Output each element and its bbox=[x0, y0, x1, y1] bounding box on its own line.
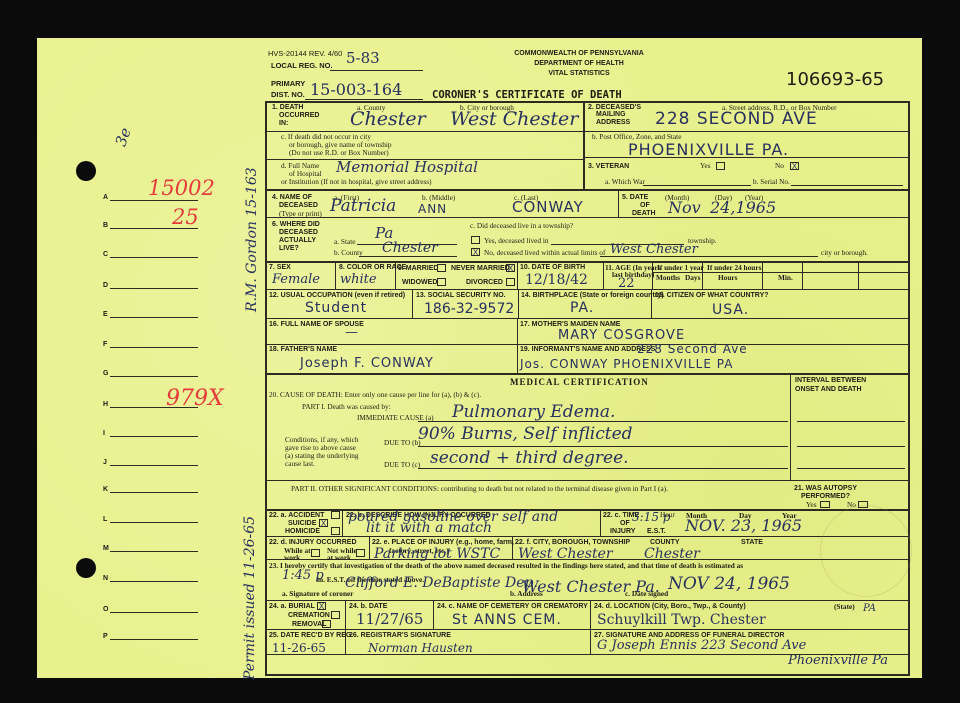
while-at-work-checkbox[interactable] bbox=[311, 549, 320, 557]
f5-label: 5. DATE bbox=[622, 194, 648, 202]
under-24-label: If under 24 hours bbox=[707, 264, 761, 272]
township-question-label: c. Did deceased live in a township? bbox=[470, 222, 573, 230]
funeral-director-line2: Phoenixville Pa bbox=[788, 653, 888, 668]
widowed-label: WIDOWED bbox=[402, 279, 437, 287]
margin-letter: L bbox=[103, 516, 107, 523]
death-county-value: Chester bbox=[350, 108, 426, 130]
f4-label: 4. NAME OF bbox=[272, 194, 312, 202]
time-of-injury-label: INJURY bbox=[610, 528, 635, 536]
f2-label: ADDRESS bbox=[596, 119, 630, 127]
race-label: 8. COLOR OR RACE bbox=[339, 264, 406, 272]
citizen-label: 15. CITIZEN OF WHAT COUNTRY? bbox=[655, 292, 769, 300]
township-no-checkbox[interactable]: X bbox=[471, 248, 480, 256]
min-label: Min. bbox=[778, 274, 793, 282]
suicide-label: SUICIDE bbox=[288, 520, 316, 528]
part2-label: PART II. OTHER SIGNIFICANT CONDITIONS: c… bbox=[291, 485, 668, 493]
f6-label: DECEASED bbox=[279, 229, 318, 237]
burial-label: 24. a. BURIAL bbox=[269, 603, 315, 611]
suicide-checkbox[interactable]: X bbox=[319, 519, 328, 527]
medical-certification-heading: MEDICAL CERTIFICATION bbox=[510, 377, 649, 387]
days-label: Days bbox=[685, 274, 700, 282]
informant-label: 19. INFORMANT'S NAME AND ADDRESS bbox=[520, 346, 655, 354]
dob-value: 12/18/42 bbox=[525, 272, 588, 288]
burial-checkbox[interactable]: X bbox=[317, 602, 326, 610]
registrar-signature-label: 26. REGISTRAR'S SIGNATURE bbox=[349, 632, 451, 640]
time-of-injury-label: OF bbox=[620, 520, 630, 528]
margin-letter: B bbox=[103, 222, 108, 229]
accident-checkbox[interactable] bbox=[331, 511, 340, 519]
cemetery-label: 24. c. NAME OF CEMETERY OR CREMATORY bbox=[437, 603, 588, 611]
coroner-signature-label: a. Signature of coroner bbox=[282, 590, 353, 598]
removal-checkbox[interactable] bbox=[322, 620, 331, 628]
divorced-checkbox[interactable] bbox=[506, 278, 515, 286]
margin-vertical-note-gordon: R.M. Gordon 15-163 bbox=[244, 167, 260, 312]
punch-hole-top bbox=[76, 161, 96, 181]
injury-state-label: STATE bbox=[741, 539, 763, 547]
certificate-number: 106693-65 bbox=[786, 69, 884, 90]
f1-label: IN: bbox=[279, 120, 288, 128]
widowed-checkbox[interactable] bbox=[437, 278, 446, 286]
middle-name-label: b. (Middle) bbox=[422, 194, 455, 202]
f6-label: ACTUALLY bbox=[279, 237, 316, 245]
dist-no-value: 15-003-164 bbox=[310, 80, 402, 99]
due-to-b-value: 90% Burns, Self inflicted bbox=[418, 424, 633, 444]
first-name-value: Patricia bbox=[330, 196, 396, 216]
f5-label: OF bbox=[640, 202, 650, 210]
coroner-certification-text: 23. I hereby certify that investigation … bbox=[269, 562, 743, 570]
coroner-signature-value: Clifford E. DeBaptiste Dep. bbox=[345, 575, 538, 591]
veteran-no-label: No bbox=[775, 162, 784, 170]
residence-state-label: a. State bbox=[334, 238, 355, 246]
homicide-checkbox[interactable] bbox=[331, 527, 340, 535]
conditions-label: cause last. bbox=[285, 460, 315, 468]
burial-state-value: PA bbox=[863, 603, 876, 614]
margin-letter: O bbox=[103, 606, 108, 613]
part1-label: PART I. Death was caused by: bbox=[302, 403, 391, 411]
immediate-cause-value: Pulmonary Edema. bbox=[452, 402, 615, 422]
hours-label: Hours bbox=[718, 274, 737, 282]
married-checkbox[interactable] bbox=[437, 264, 446, 272]
primary-label: PRIMARY bbox=[271, 80, 305, 88]
cremation-label: CREMATION bbox=[288, 612, 330, 620]
not-at-work-checkbox[interactable] bbox=[356, 549, 365, 557]
margin-letter: I bbox=[103, 430, 105, 437]
local-reg-value: 5-83 bbox=[346, 49, 380, 67]
margin-letter: F bbox=[103, 341, 107, 348]
informant-address-line2: Jos. CONWAY PHOENIXVILLE PA bbox=[520, 357, 733, 371]
married-label: 9. MARRIED bbox=[398, 265, 438, 273]
date-received-value: 11-26-65 bbox=[272, 641, 326, 655]
autopsy-yes-label: Yes bbox=[806, 501, 817, 509]
agency-line-3: VITAL STATISTICS bbox=[506, 70, 652, 78]
certificate-title: CORONER'S CERTIFICATE OF DEATH bbox=[432, 89, 622, 101]
citizen-value: USA. bbox=[712, 302, 749, 318]
burial-state-label: (State) bbox=[834, 603, 855, 611]
veteran-yes-label: Yes bbox=[700, 162, 711, 170]
margin-letter: E bbox=[103, 311, 108, 318]
registrar-signature-value: Norman Hausten bbox=[368, 641, 473, 655]
death-month-value: Nov bbox=[668, 198, 701, 217]
veteran-yes-checkbox[interactable] bbox=[716, 162, 725, 170]
death-city-value: West Chester bbox=[450, 108, 578, 130]
accident-label: 22. a. ACCIDENT bbox=[269, 512, 324, 520]
injury-date-value: NOV. 23, 1965 bbox=[685, 516, 802, 535]
father-value: Joseph F. CONWAY bbox=[300, 356, 434, 371]
cemetery-value: St ANNS CEM. bbox=[452, 612, 562, 628]
margin-letter: P bbox=[103, 633, 108, 640]
margin-letter: M bbox=[103, 545, 109, 552]
burial-date-value: 11/27/65 bbox=[356, 610, 423, 628]
margin-vertical-note-permit: Permit issued 11-26-65 bbox=[242, 516, 258, 680]
veteran-no-checkbox[interactable]: X bbox=[790, 162, 799, 170]
dist-no-label: DIST. NO. bbox=[271, 91, 305, 99]
sex-label: 7. SEX bbox=[269, 264, 291, 272]
months-label: Months bbox=[656, 274, 680, 282]
agency-line-2: DEPARTMENT OF HEALTH bbox=[506, 60, 652, 68]
margin-red-code-1: 15002 bbox=[148, 176, 215, 200]
margin-letter: J bbox=[103, 459, 107, 466]
never-married-checkbox[interactable]: X bbox=[506, 264, 515, 272]
date-signed-label: c. Date signed bbox=[625, 590, 668, 598]
informant-address-line1: 228 Second Ave bbox=[637, 342, 748, 356]
margin-letter: K bbox=[103, 486, 108, 493]
autopsy-label: 21. WAS AUTOPSY bbox=[794, 485, 857, 493]
f1-label: OCCURRED bbox=[279, 112, 319, 120]
hospital-value: Memorial Hospital bbox=[336, 158, 478, 176]
death-day-year-value: 24,1965 bbox=[710, 198, 776, 217]
serial-label: b. Serial No. bbox=[753, 178, 790, 186]
form-id: HVS-20144 REV. 4/60 bbox=[268, 50, 342, 58]
hour-label: Hour bbox=[660, 511, 675, 519]
occupation-value: Student bbox=[305, 300, 367, 316]
sex-value: Female bbox=[272, 272, 320, 287]
margin-letter: C bbox=[103, 251, 108, 258]
margin-red-code-2: 25 bbox=[172, 205, 199, 229]
f6-label: 6. WHERE DID bbox=[272, 221, 320, 229]
injury-description-line2: lit it with a match bbox=[366, 520, 492, 536]
never-married-label: NEVER MARRIED bbox=[451, 265, 510, 273]
due-to-b-label: DUE TO (b) bbox=[384, 439, 421, 447]
margin-letter: G bbox=[103, 370, 108, 377]
cause-of-death-label: 20. CAUSE OF DEATH: Enter only one cause… bbox=[269, 391, 481, 399]
township-yes-checkbox[interactable] bbox=[471, 236, 480, 244]
race-value: white bbox=[340, 272, 377, 287]
margin-letter: N bbox=[103, 575, 108, 582]
middle-name-value: ANN bbox=[418, 202, 447, 216]
homicide-label: HOMICIDE bbox=[285, 528, 320, 536]
margin-letter: D bbox=[103, 282, 108, 289]
birthplace-label: 14. BIRTHPLACE (State or foreign country… bbox=[521, 292, 664, 300]
cremation-checkbox[interactable] bbox=[331, 611, 340, 619]
veteran-label: 3. VETERAN bbox=[588, 163, 629, 171]
punch-hole-bottom bbox=[76, 558, 96, 578]
date-signed-value: NOV 24, 1965 bbox=[668, 574, 790, 594]
due-to-c-value: second + third degree. bbox=[430, 448, 629, 468]
margin-letter: A bbox=[103, 194, 108, 201]
spouse-value: — bbox=[345, 325, 358, 340]
township-yes-label: Yes, deceased lived in bbox=[484, 237, 549, 245]
f6-label: LIVE? bbox=[279, 245, 299, 253]
f2-label: MAILING bbox=[596, 111, 626, 119]
ssn-value: 186-32-9572 bbox=[424, 301, 514, 317]
embossed-seal bbox=[820, 505, 912, 597]
township-no-suffix: city or borough. bbox=[821, 249, 868, 257]
due-to-c-label: DUE TO (c) bbox=[384, 461, 420, 469]
township-label: (Do not use R.D. or Box Number) bbox=[289, 149, 389, 157]
residence-county-value: Chester bbox=[382, 240, 438, 256]
which-war-label: a. Which War bbox=[605, 178, 645, 186]
birthplace-value: PA. bbox=[570, 300, 594, 316]
date-received-label: 25. DATE REC'D BY REG. bbox=[269, 632, 353, 640]
autopsy-yes-checkbox[interactable] bbox=[820, 501, 830, 508]
street-value: 228 SECOND AVE bbox=[655, 109, 818, 129]
f1-label: 1. DEATH bbox=[272, 104, 303, 112]
dob-label: 10. DATE OF BIRTH bbox=[520, 264, 585, 272]
hospital-label: or Institution (If not in hospital, give… bbox=[281, 178, 432, 186]
local-reg-label: LOCAL REG. NO. bbox=[271, 62, 333, 70]
under-year-label: If under 1 year bbox=[657, 264, 704, 272]
burial-location-label: 24. d. LOCATION (City, Boro., Twp., & Co… bbox=[594, 603, 746, 611]
divorced-label: DIVORCED bbox=[466, 279, 503, 287]
last-name-value: CONWAY bbox=[512, 198, 584, 216]
ssn-label: 13. SOCIAL SECURITY NO. bbox=[416, 292, 506, 300]
occupation-label: 12. USUAL OCCUPATION (even if retired) bbox=[269, 292, 405, 300]
township-no-label: No, deceased lived within actual limits … bbox=[484, 249, 605, 257]
interval-label: ONSET AND DEATH bbox=[795, 386, 862, 394]
township-no-value: West Chester bbox=[610, 242, 698, 257]
est-label: E.S.T. bbox=[647, 528, 666, 536]
father-label: 18. FATHER'S NAME bbox=[269, 346, 337, 354]
margin-letter: H bbox=[103, 401, 108, 408]
agency-line-1: COMMONWEALTH OF PENNSYLVANIA bbox=[506, 50, 652, 58]
interval-label: INTERVAL BETWEEN bbox=[795, 377, 866, 385]
burial-location-value: Schuylkill Twp. Chester bbox=[597, 612, 766, 628]
mother-maiden-value: MARY COSGROVE bbox=[558, 328, 685, 343]
funeral-director-line1: G Joseph Ennis 223 Second Ave bbox=[597, 638, 806, 653]
